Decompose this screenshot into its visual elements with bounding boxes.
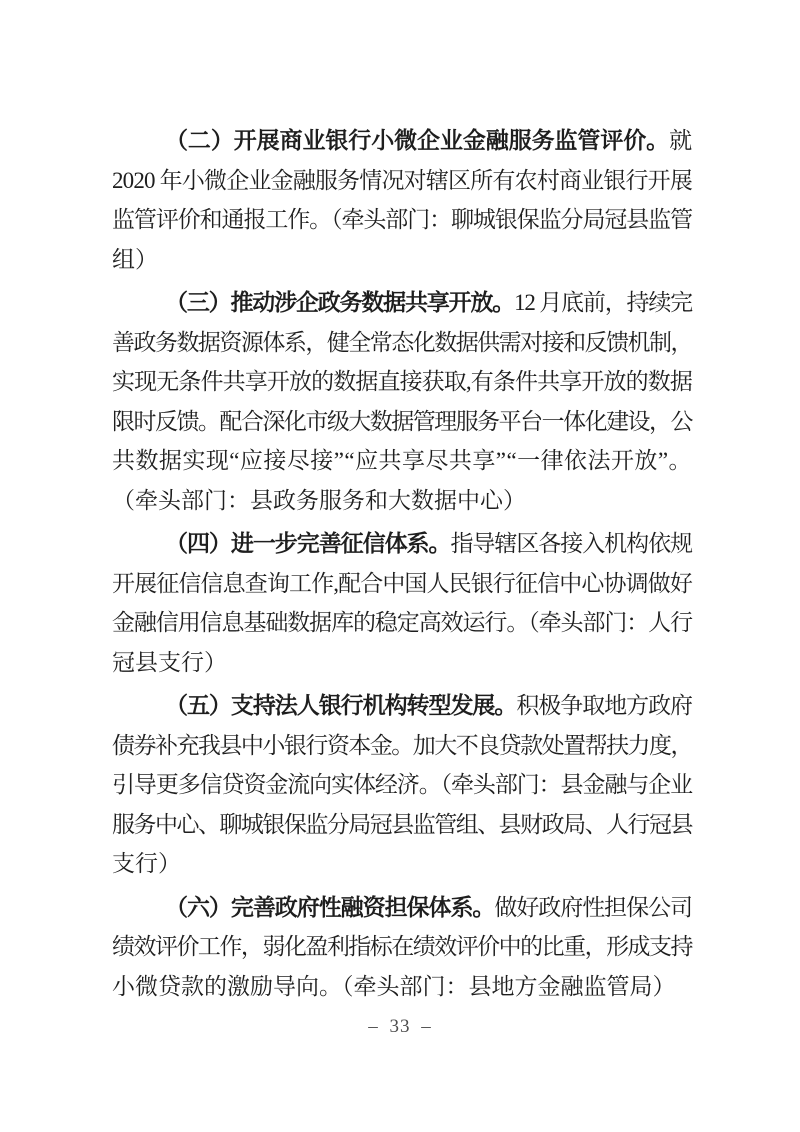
text-line: （牵头部门：县政务服务和大数据中心） bbox=[112, 481, 692, 521]
text-line: 服务中心、聊城银保监分局冠县监管组、县财政局、人行冠县 bbox=[112, 805, 692, 845]
para-5: （五）支持法人银行机构转型发展。积极争取地方政府债券补充我县中小银行资本金。加大… bbox=[112, 686, 692, 884]
clause-text: 善政务数据资源体系，健全常态化数据供需对接和反馈机制， bbox=[112, 330, 692, 355]
text-line: 共数据实现“应接尽接”“应共享尽共享”“一律依法开放”。 bbox=[112, 441, 692, 481]
para-3: （三）推动涉企政务数据共享开放。12 月底前，持续完善政务数据资源体系，健全常态… bbox=[112, 283, 692, 520]
clause-text: （牵头部门：县政务服务和大数据中心） bbox=[112, 488, 526, 513]
clause-text: 12 月底前，持续完 bbox=[514, 290, 692, 315]
text-line: （三）推动涉企政务数据共享开放。12 月底前，持续完 bbox=[112, 283, 692, 323]
clause-text: 就 bbox=[669, 128, 692, 153]
text-line: 善政务数据资源体系，健全常态化数据供需对接和反馈机制， bbox=[112, 323, 692, 363]
clause-text: 做好政府性担保公司 bbox=[494, 895, 692, 920]
clause-heading: （二）开展商业银行小微企业金融服务监管评价。 bbox=[165, 128, 669, 153]
text-line: 2020 年小微企业金融服务情况对辖区所有农村商业银行开展 bbox=[112, 161, 692, 201]
clause-text: 绩效评价工作，弱化盈利指标在绩效评价中的比重，形成支持 bbox=[112, 934, 692, 959]
text-line: （六）完善政府性融资担保体系。做好政府性担保公司 bbox=[112, 888, 692, 928]
clause-heading: （五）支持法人银行机构转型发展。 bbox=[165, 693, 516, 718]
text-line: 引导更多信贷资金流向实体经济。（牵头部门：县金融与企业 bbox=[112, 765, 692, 805]
clause-text: 2020 年小微企业金融服务情况对辖区所有农村商业银行开展 bbox=[112, 168, 692, 193]
text-line: 小微贷款的激励导向。（牵头部门：县地方金融监管局） bbox=[112, 967, 692, 1007]
clause-heading: （四）进一步完善征信体系。 bbox=[165, 531, 450, 556]
para-4: （四）进一步完善征信体系。指导辖区各接入机构依规开展征信信息查询工作,配合中国人… bbox=[112, 524, 692, 682]
clause-text: 指导辖区各接入机构依规 bbox=[450, 531, 692, 556]
clause-text: 实现无条件共享开放的数据直接获取,有条件共享开放的数据 bbox=[112, 369, 692, 394]
text-line: （二）开展商业银行小微企业金融服务监管评价。就 bbox=[112, 121, 692, 161]
clause-text: 冠县支行） bbox=[112, 650, 227, 675]
clause-text: 监管评价和通报工作。（牵头部门：聊城银保监分局冠县监管 bbox=[112, 207, 692, 232]
text-line: 限时反馈。配合深化市级大数据管理服务平台一体化建设，公 bbox=[112, 402, 692, 442]
text-line: （四）进一步完善征信体系。指导辖区各接入机构依规 bbox=[112, 524, 692, 564]
clause-text: 服务中心、聊城银保监分局冠县监管组、县财政局、人行冠县 bbox=[112, 812, 692, 837]
text-line: 监管评价和通报工作。（牵头部门：聊城银保监分局冠县监管 bbox=[112, 200, 692, 240]
clause-text: 共数据实现“应接尽接”“应共享尽共享”“一律依法开放”。 bbox=[112, 448, 692, 473]
clause-text: 金融信用信息基础数据库的稳定高效运行。（牵头部门：人行 bbox=[112, 610, 692, 635]
clause-text: 积极争取地方政府 bbox=[516, 693, 692, 718]
clause-text: 开展征信信息查询工作,配合中国人民银行征信中心协调做好 bbox=[112, 571, 692, 596]
text-line: 开展征信信息查询工作,配合中国人民银行征信中心协调做好 bbox=[112, 564, 692, 604]
clause-heading: （三）推动涉企政务数据共享开放。 bbox=[165, 290, 514, 315]
clause-heading: （六）完善政府性融资担保体系。 bbox=[165, 895, 494, 920]
text-line: 债券补充我县中小银行资本金。加大不良贷款处置帮扶力度， bbox=[112, 726, 692, 766]
clause-text: 小微贷款的激励导向。（牵头部门：县地方金融监管局） bbox=[112, 974, 676, 999]
page-number: – 33 – bbox=[0, 1014, 800, 1040]
text-line: 实现无条件共享开放的数据直接获取,有条件共享开放的数据 bbox=[112, 362, 692, 402]
text-line: （五）支持法人银行机构转型发展。积极争取地方政府 bbox=[112, 686, 692, 726]
text-line: 支行） bbox=[112, 844, 692, 884]
para-6: （六）完善政府性融资担保体系。做好政府性担保公司绩效评价工作，弱化盈利指标在绩效… bbox=[112, 888, 692, 1007]
clause-text: 引导更多信贷资金流向实体经济。（牵头部门：县金融与企业 bbox=[112, 772, 692, 797]
clause-text: 限时反馈。配合深化市级大数据管理服务平台一体化建设，公 bbox=[112, 409, 692, 434]
clause-text: 支行） bbox=[112, 851, 181, 876]
document-page: （二）开展商业银行小微企业金融服务监管评价。就2020 年小微企业金融服务情况对… bbox=[0, 0, 800, 1132]
text-line: 冠县支行） bbox=[112, 643, 692, 683]
clause-text: 债券补充我县中小银行资本金。加大不良贷款处置帮扶力度， bbox=[112, 733, 692, 758]
document-body: （二）开展商业银行小微企业金融服务监管评价。就2020 年小微企业金融服务情况对… bbox=[112, 121, 692, 1010]
text-line: 金融信用信息基础数据库的稳定高效运行。（牵头部门：人行 bbox=[112, 603, 692, 643]
text-line: 绩效评价工作，弱化盈利指标在绩效评价中的比重，形成支持 bbox=[112, 927, 692, 967]
para-2: （二）开展商业银行小微企业金融服务监管评价。就2020 年小微企业金融服务情况对… bbox=[112, 121, 692, 279]
text-line: 组） bbox=[112, 240, 692, 280]
clause-text: 组） bbox=[112, 247, 158, 272]
